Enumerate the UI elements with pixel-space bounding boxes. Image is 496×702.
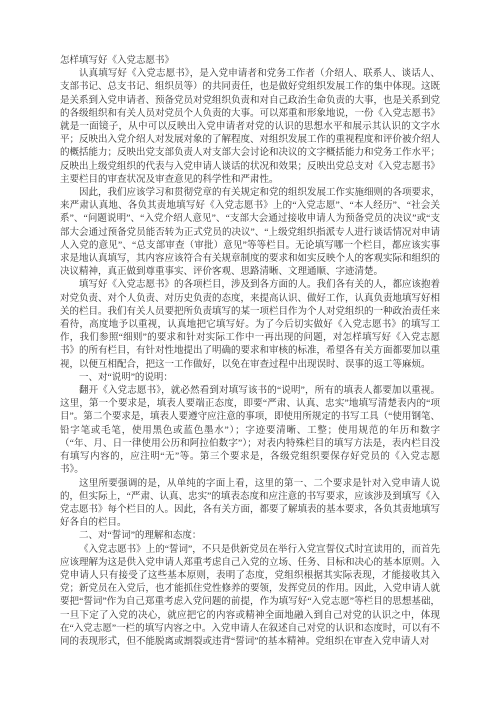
section-heading: 一、对“说明”的说明： — [60, 372, 440, 385]
paragraph: 因此，我们应该学习和贯彻党章的有关规定和党的组织发展工作实施细则的各项要求，来严… — [60, 187, 440, 279]
document-page: 怎样填写好《入党志愿书》 认真填写好《入党志愿书》，是入党申请者和党务工作者（介… — [0, 0, 496, 702]
section-heading: 二、对“誓词”的理解和态度： — [60, 530, 440, 543]
paragraph: 认真填写好《入党志愿书》，是入党申请者和党务工作者（介绍人、联系人、谈话人、支部… — [60, 68, 440, 187]
paragraph: 《入党志愿书》上的“誓词”，不只是供新党员在举行入党宣誓仪式时宣读用的，而首先应… — [60, 544, 440, 650]
document-title: 怎样填写好《入党志愿书》 — [60, 55, 440, 68]
paragraph: 填写好《入党志愿书》的各项栏目，涉及到各方面的人。我们各有关的人，都应该抱着对党… — [60, 279, 440, 371]
paragraph: 这里所要强调的是，从单纯的字面上看，这里的第一、二个要求是针对入党申请人说的，但… — [60, 478, 440, 531]
document-body: 认真填写好《入党志愿书》，是入党申请者和党务工作者（介绍人、联系人、谈话人、支部… — [60, 68, 440, 649]
paragraph: 翻开《入党志愿书》，就必然看到对填写该书的“说明”，所有的填表人都要加以重视。这… — [60, 385, 440, 477]
